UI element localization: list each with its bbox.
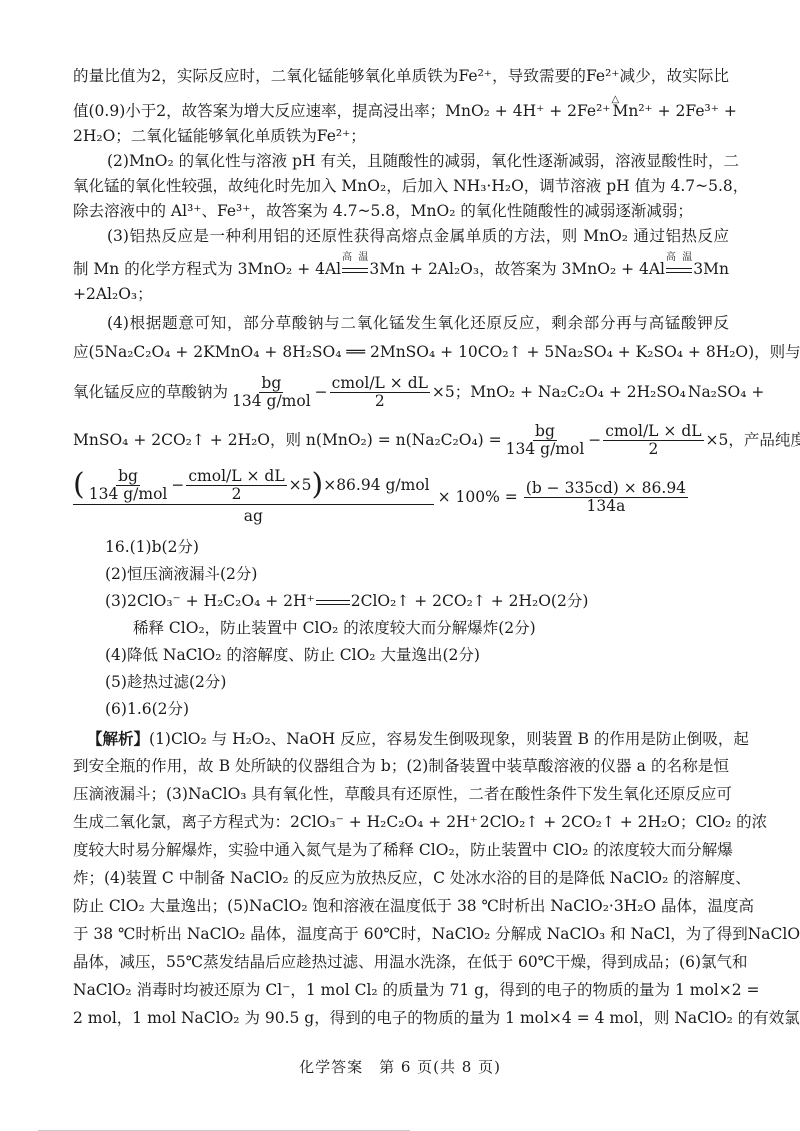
text-segment: 2ClO₂↑ + 2CO₂↑ + 2H₂O；ClO₂ 的浓 (480, 810, 767, 835)
answer-item: (5)趁热过滤(2分) (105, 670, 729, 695)
fraction-denominator: 134a (585, 498, 628, 515)
fraction-numerator: cmol/L × dL (186, 468, 286, 486)
text-line: 2 mol，1 mol NaClO₂ 为 90.5 g，得到的电子的物质的量为 … (73, 1006, 729, 1031)
minus-sign: − (171, 473, 184, 498)
fraction-numerator: (b − 335cd) × 86.94 (524, 480, 688, 498)
text-line: +2Al₂O₃； (73, 282, 729, 307)
fraction: bg 134 g/mol (504, 423, 587, 458)
text-line: 生成二氧化氯，离子方程式为：2ClO₃⁻ + H₂C₂O₄ + 2H⁺ 2ClO… (73, 810, 729, 835)
answer-item: (3)2ClO₃⁻ + H₂C₂O₄ + 2H⁺ 2ClO₂↑ + 2CO₂↑ … (105, 589, 729, 614)
text-line: (3)铝热反应是一种利用铝的还原性获得高熔点金属单质的方法，则 MnO₂ 通过铝… (73, 224, 729, 249)
equation-line: 值(0.9)小于2，故答案为增大反应速率，提高浸出率；MnO₂ + 4H⁺ + … (73, 99, 729, 124)
text-line: NaClO₂ 消毒时均被还原为 Cl⁻，1 mol Cl₂ 的质量为 71 g，… (73, 978, 729, 1003)
fraction: cmol/L × dL 2 (330, 375, 430, 410)
high-temp-condition: 高温 (666, 252, 692, 264)
purity-formula: ( bg 134 g/mol − cmol/L × dL 2 ×5 ) ×86.… (73, 465, 729, 529)
fraction-denominator: 134 g/mol (230, 393, 313, 410)
text-segment: 生成二氧化氯，离子方程式为：2ClO₃⁻ + H₂C₂O₄ + 2H⁺ (73, 810, 478, 835)
text-line: 于 38 ℃时析出 NaClO₂ 晶体，温度高于 60℃时，NaClO₂ 分解成… (73, 922, 729, 947)
result-fraction: (b − 335cd) × 86.94 134a (524, 480, 688, 515)
text-line: 2H₂O；二氧化锰能够氧化单质铁为Fe²⁺； (73, 124, 729, 149)
fraction: cmol/L × dL 2 (186, 468, 286, 503)
text-line: 氧化锰的氧化性较强，故纯化时先加入 MnO₂，后加入 NH₃·H₂O，调节溶液 … (73, 174, 729, 199)
text-line: (4)根据题意可知，部分草酸钠与二氧化锰发生氧化还原反应，剩余部分再与高锰酸钾反 (73, 311, 729, 336)
right-paren: ) (311, 470, 323, 500)
text-segment: (3)2ClO₃⁻ + H₂C₂O₄ + 2H⁺ (105, 589, 315, 614)
equation-line: 制 Mn 的化学方程式为 3MnO₂ + 4Al 高温 3Mn + 2Al₂O₃… (73, 257, 729, 282)
equation-line: 氧化锰反应的草酸钠为 bg 134 g/mol − cmol/L × dL 2 … (73, 371, 729, 413)
reaction-equals-sign (316, 595, 350, 609)
fraction-numerator: bg (116, 468, 140, 486)
text-line: 度较大时易分解爆炸，实验中通入氮气是为了稀释 ClO₂，防止装置中 ClO₂ 的… (73, 838, 729, 863)
text-line: 晶体，减压，55℃蒸发结晶后应趁热过滤、用温水洗涤，在低于 60℃干燥，得到成品… (73, 950, 729, 975)
text-line: 应(5Na₂C₂O₄ + 2KMnO₄ + 8H₂SO₄ ══ 2MnSO₄ +… (73, 340, 729, 365)
fraction-denominator: 134 g/mol (87, 486, 170, 503)
text-line: 除去溶液中的 Al³⁺、Fe³⁺，故答案为 4.7~5.8，MnO₂ 的氧化性随… (73, 199, 729, 224)
minus-sign: − (315, 371, 328, 413)
text-segment: MnSO₄ + 2CO₂↑ + 2H₂O，则 n(MnO₂) = n(Na₂C₂… (73, 419, 502, 461)
fraction-numerator: cmol/L × dL (603, 423, 703, 441)
fraction-numerator: bg (259, 375, 283, 393)
fraction: bg 134 g/mol (230, 375, 313, 410)
q16-answers: 16.(1)b(2分) (2)恒压滴液漏斗(2分) (3)2ClO₃⁻ + H₂… (105, 535, 729, 722)
text-line: 炸；(4)装置 C 中制备 NaClO₂ 的反应为放热反应，C 处冰水浴的目的是… (73, 866, 729, 891)
purity-numerator: ( bg 134 g/mol − cmol/L × dL 2 ×5 ) ×86.… (73, 468, 434, 505)
document-body: 的量比值为2，实际反应时，二氧化锰能够氧化单质铁为Fe²⁺，导致需要的Fe²⁺减… (73, 64, 729, 1031)
text-line: 到安全瓶的作用，故 B 处所缺的仪器组合为 b；(2)制备装置中装草酸溶液的仪器… (73, 754, 729, 779)
answer-title: 16.(1)b(2分) (105, 535, 729, 560)
fraction-numerator: cmol/L × dL (330, 375, 430, 393)
text-segment: ×5 (289, 473, 312, 498)
text-segment: 氧化锰反应的草酸钠为 (73, 371, 228, 413)
text-segment: ×5，产品纯度 = (706, 419, 800, 461)
equation-line: MnSO₄ + 2CO₂↑ + 2H₂O，则 n(MnO₂) = n(Na₂C₂… (73, 419, 729, 461)
text-segment: Mn²⁺ + 2Fe³⁺ + (612, 99, 736, 124)
text-segment: 3Mn + 2Al₂O₃，故答案为 3MnO₂ + 4Al (369, 257, 665, 282)
answer-item: 稀释 ClO₂，防止装置中 ClO₂ 的浓度较大而分解爆炸(2分) (105, 616, 729, 641)
text-segment: 制 Mn 的化学方程式为 3MnO₂ + 4Al (73, 257, 341, 282)
text-segment: (1)ClO₂ 与 H₂O₂、NaOH 反应，容易发生倒吸现象，则装置 B 的作… (149, 730, 749, 748)
analysis-label: 【解析】 (87, 729, 149, 748)
minus-sign: − (588, 419, 601, 461)
purity-fraction: ( bg 134 g/mol − cmol/L × dL 2 ×5 ) ×86.… (73, 468, 434, 527)
answer-item: (2)恒压滴液漏斗(2分) (105, 562, 729, 587)
text-segment: 值(0.9)小于2，故答案为增大反应速率，提高浸出率；MnO₂ + 4H⁺ + … (73, 99, 610, 124)
text-line: 压滴液漏斗；(3)NaClO₃ 具有氧化性，草酸具有还原性，二者在酸性条件下发生… (73, 782, 729, 807)
fraction: cmol/L × dL 2 (603, 423, 703, 458)
analysis-section: 【解析】(1)ClO₂ 与 H₂O₂、NaOH 反应，容易发生倒吸现象，则装置 … (73, 726, 729, 1031)
reaction-equals-sign: 高温 (666, 263, 692, 277)
fraction-denominator: 2 (230, 486, 244, 503)
page-footer: 化学答案 第 6 页(共 8 页) (0, 1056, 800, 1077)
text-line: 防止 ClO₂ 大量逸出；(5)NaClO₂ 饱和溶液在温度低于 38 ℃时析出… (73, 894, 729, 919)
left-paren: ( (73, 470, 85, 500)
text-segment: 3Mn (693, 257, 729, 282)
fraction-denominator: 134 g/mol (504, 441, 587, 458)
text-segment: ×86.94 g/mol (323, 473, 433, 498)
answer-item: (4)降低 NaClO₂ 的溶解度、防止 ClO₂ 大量逸出(2分) (105, 643, 729, 668)
text-segment: Na₂SO₄ + (688, 371, 764, 413)
text-line: (2)MnO₂ 的氧化性与溶液 pH 有关，且随酸性的减弱，氧化性逐渐减弱，溶液… (73, 149, 729, 174)
text-line: 的量比值为2，实际反应时，二氧化锰能够氧化单质铁为Fe²⁺，导致需要的Fe²⁺减… (73, 64, 729, 89)
purity-denominator: ag (73, 505, 434, 527)
text-segment: ×5；MnO₂ + Na₂C₂O₄ + 2H₂SO₄ (432, 371, 686, 413)
text-segment: × 100% = (438, 485, 518, 510)
answer-item: (6)1.6(2分) (105, 697, 729, 722)
fraction-denominator: 2 (646, 441, 660, 458)
text-segment: 2ClO₂↑ + 2CO₂↑ + 2H₂O(2分) (351, 589, 589, 614)
high-temp-condition: 高温 (342, 252, 368, 264)
text-line: 【解析】(1)ClO₂ 与 H₂O₂、NaOH 反应，容易发生倒吸现象，则装置 … (73, 726, 729, 751)
fraction-denominator: 2 (373, 393, 387, 410)
reaction-equals-sign: 高温 (342, 263, 368, 277)
fraction-numerator: bg (533, 423, 557, 441)
fraction: bg 134 g/mol (87, 468, 170, 503)
